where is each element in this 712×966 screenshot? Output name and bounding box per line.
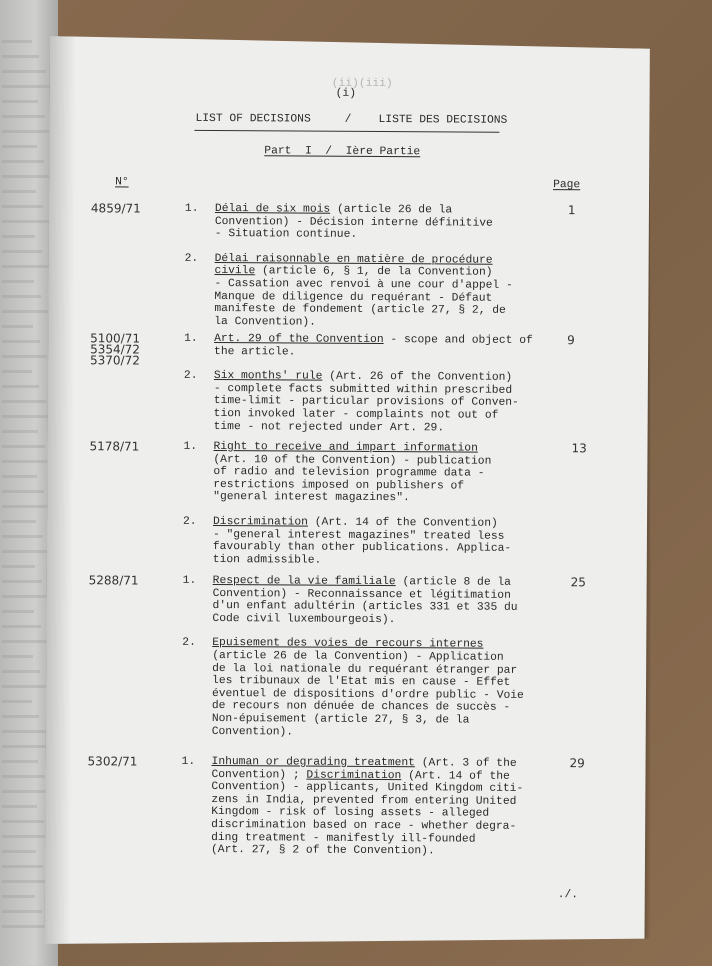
facing-page-text-ghost [2,805,37,808]
item-text-line: Délai de six mois (article 26 de la [215,203,452,217]
facing-page-text-ghost [2,685,47,688]
facing-page-text-ghost [2,220,50,223]
facing-page-text-ghost [2,790,52,793]
facing-page-text-ghost [2,670,40,673]
facing-page-text-ghost [2,70,46,73]
facing-page-text-ghost [2,835,51,838]
facing-page-text-ghost [2,925,49,928]
facing-page-text-ghost [2,100,38,103]
item-number: 1. [183,441,197,453]
item-text-line: la Convention). [214,316,316,329]
facing-page-text-ghost [2,880,50,883]
facing-page-text-ghost [2,655,33,658]
item-number: 2. [182,637,196,649]
item-text-line: the article. [214,346,295,359]
part-heading: Part I / Ière Partie [264,145,420,158]
page-reference: 9 [567,333,575,347]
item-text-line: Epuisement des voies de recours internes [212,637,483,651]
facing-page-text-ghost [2,640,48,643]
facing-page-text-ghost [2,415,53,418]
item-text-line: ding treatment - manifestly ill-founded [211,832,475,846]
facing-page-text-ghost [2,625,41,628]
application-number: 5288/71 [89,573,139,587]
item-number: 1. [182,756,196,768]
facing-page-text-ghost [2,250,42,253]
facing-page-text-ghost [2,400,46,403]
item-number: 1. [185,203,199,215]
facing-page-text-ghost [2,595,49,598]
application-number: 4859/71 [91,201,141,215]
item-text-line: Right to receive and impart information [213,441,477,455]
facing-page-text-ghost [2,565,35,568]
item-text-line: time - not rejected under Art. 29. [214,421,445,435]
facing-page-text-ghost [2,700,32,703]
facing-page-text-ghost [2,820,44,823]
facing-page-text-ghost [2,760,38,763]
facing-page-text-ghost [2,55,39,58]
facing-page-text-ghost [2,370,32,373]
column-header-page: Page [553,179,580,191]
application-number: 5370/72 [90,353,140,367]
item-text-line: Code civil luxembourgeois). [212,613,395,626]
facing-page-text-ghost [2,910,42,913]
page-reference: 13 [571,441,586,455]
facing-page-text-ghost [2,160,44,163]
facing-page-text-ghost [2,205,43,208]
item-number: 2. [184,370,198,382]
facing-page-text-ghost [2,115,45,118]
title-rule [194,130,499,133]
facing-page-text-ghost [2,265,49,268]
facing-page-text-ghost [2,775,45,778]
facing-page-text-ghost [2,490,44,493]
facing-page-text-ghost [2,550,50,553]
facing-page-text-ghost [2,865,43,868]
item-number: 2. [183,516,197,528]
facing-page-text-ghost [2,850,36,853]
facing-page-text-ghost [2,310,48,313]
item-number: 1. [184,333,198,345]
facing-page-text-ghost [2,145,37,148]
facing-page-text-ghost [2,325,33,328]
application-number: 5178/71 [89,439,139,453]
item-text-line: Convention). [212,726,293,739]
facing-page-text-ghost [2,520,36,523]
facing-page-text-ghost [2,280,34,283]
document-title: LIST OF DECISIONS / LISTE DES DECISIONS [195,113,507,127]
facing-page-text-ghost [2,745,53,748]
facing-page-text-ghost [2,130,52,133]
item-text-line: of radio and television programme data - [213,466,484,480]
facing-page-text-ghost [2,535,43,538]
facing-page-text-ghost [2,460,52,463]
facing-page-text-ghost [2,295,41,298]
page-reference: 25 [571,575,586,589]
page-reference: 29 [570,756,585,770]
facing-page-text-ghost [2,610,34,613]
facing-page-text-ghost [2,715,39,718]
page-reference: 1 [568,203,576,217]
facing-page-text-ghost [2,355,47,358]
facing-page-text-ghost [2,580,42,583]
application-number: 5302/71 [88,754,138,768]
facing-page-text-ghost [2,235,35,238]
page-marker: (i) [336,88,356,100]
continuation-mark: ./. [558,889,578,901]
item-text-line: Non-épuisement (article 27, § 3, de la [212,713,470,727]
facing-page-text-ghost [2,505,51,508]
facing-page-text-ghost [2,40,32,43]
item-text-line: (Art. 27, § 2 of the Convention). [211,844,435,858]
facing-page-text-ghost [2,385,39,388]
facing-page-text-ghost [2,895,35,898]
item-number: 1. [183,575,197,587]
item-text-line: - Situation continue. [215,228,357,241]
item-number: 2. [185,253,199,265]
facing-page-text-ghost [2,475,37,478]
document-page: (ii)(iii) (i) LIST OF DECISIONS / LISTE … [44,36,650,948]
item-text-line: "general interest magazines". [213,491,410,504]
facing-page-text-ghost [2,85,53,88]
facing-page-text-ghost [2,430,38,433]
column-header-number: N° [115,176,129,188]
facing-page-text-ghost [2,445,45,448]
facing-page-text-ghost [2,730,46,733]
facing-page-text-ghost [2,175,51,178]
item-text-line: tion admissible. [213,554,322,567]
facing-page-text-ghost [2,340,40,343]
item-text-line: restrictions imposed on publishers of [213,479,464,493]
facing-page-text-ghost [2,190,36,193]
